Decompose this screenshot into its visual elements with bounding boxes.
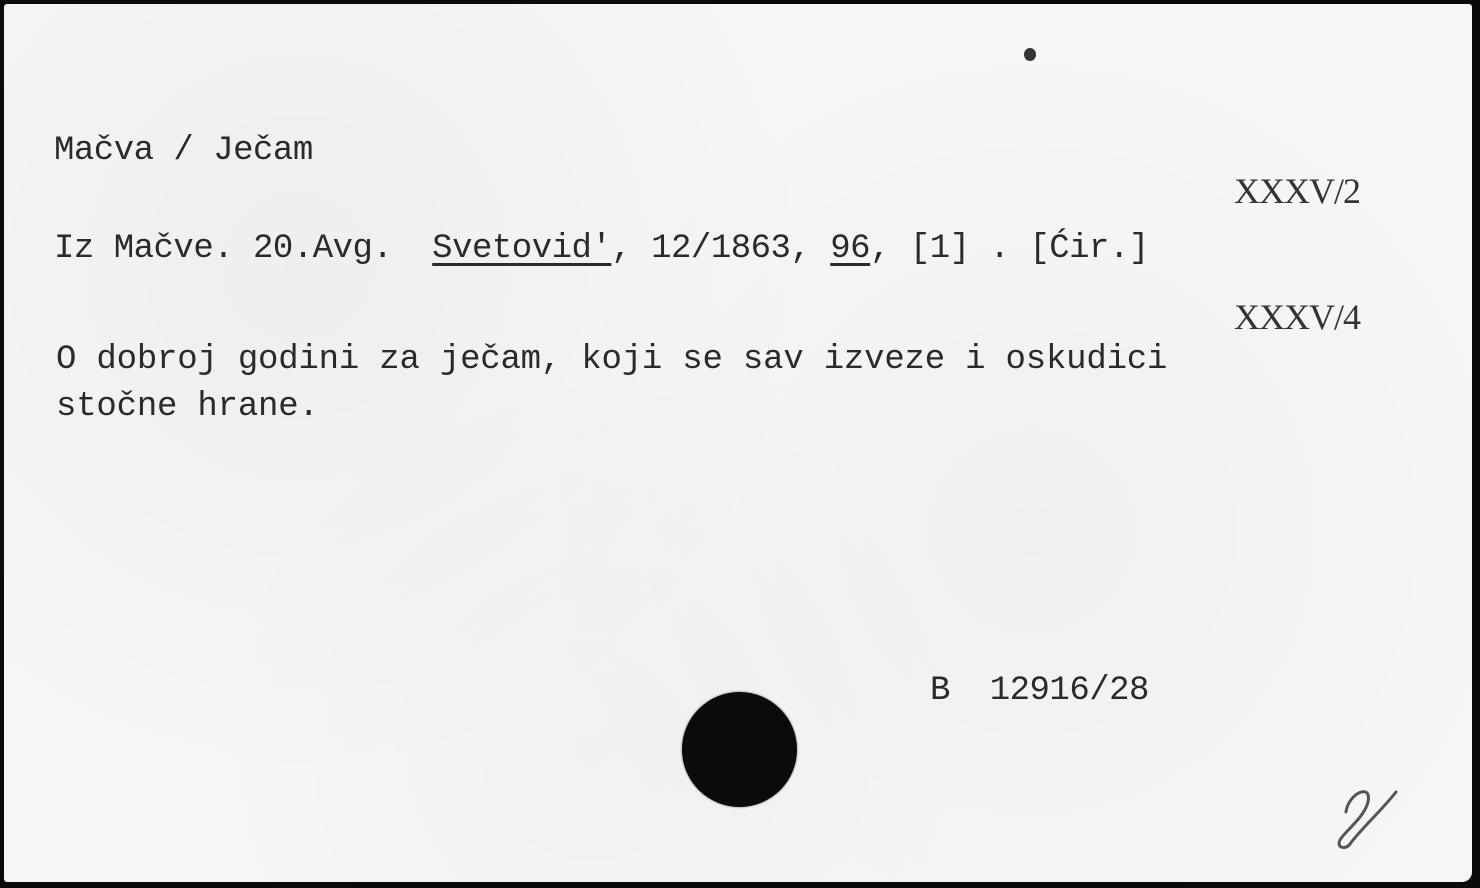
punch-hole	[682, 692, 797, 807]
place-date: Iz Mačve. 20.Avg.	[54, 230, 392, 268]
card-heading: Mačva / Ječam	[54, 134, 313, 168]
index-card: Mačva / Ječam XXXV/2 XXXV/4 Iz Mačve. 20…	[4, 4, 1472, 882]
classification-code-1: XXXV/2	[1234, 170, 1360, 212]
script-note: [Ćir.]	[1029, 230, 1148, 268]
issue-number: 12/1863	[651, 230, 790, 268]
classification-code-2: XXXV/4	[1234, 296, 1360, 338]
ink-speck	[1024, 48, 1036, 61]
item-count: [1]	[910, 230, 970, 268]
summary-text: O dobroj godini za ječam, koji se sav iz…	[56, 337, 1456, 431]
publication-title: Svetovid'	[432, 230, 611, 268]
source-line: Iz Mačve. 20.Avg. Svetovid', 12/1863, 96…	[54, 232, 1149, 266]
catalog-number: B 12916/28	[930, 674, 1149, 708]
handwritten-mark-icon	[1334, 774, 1404, 854]
page-number: 96	[830, 230, 870, 268]
